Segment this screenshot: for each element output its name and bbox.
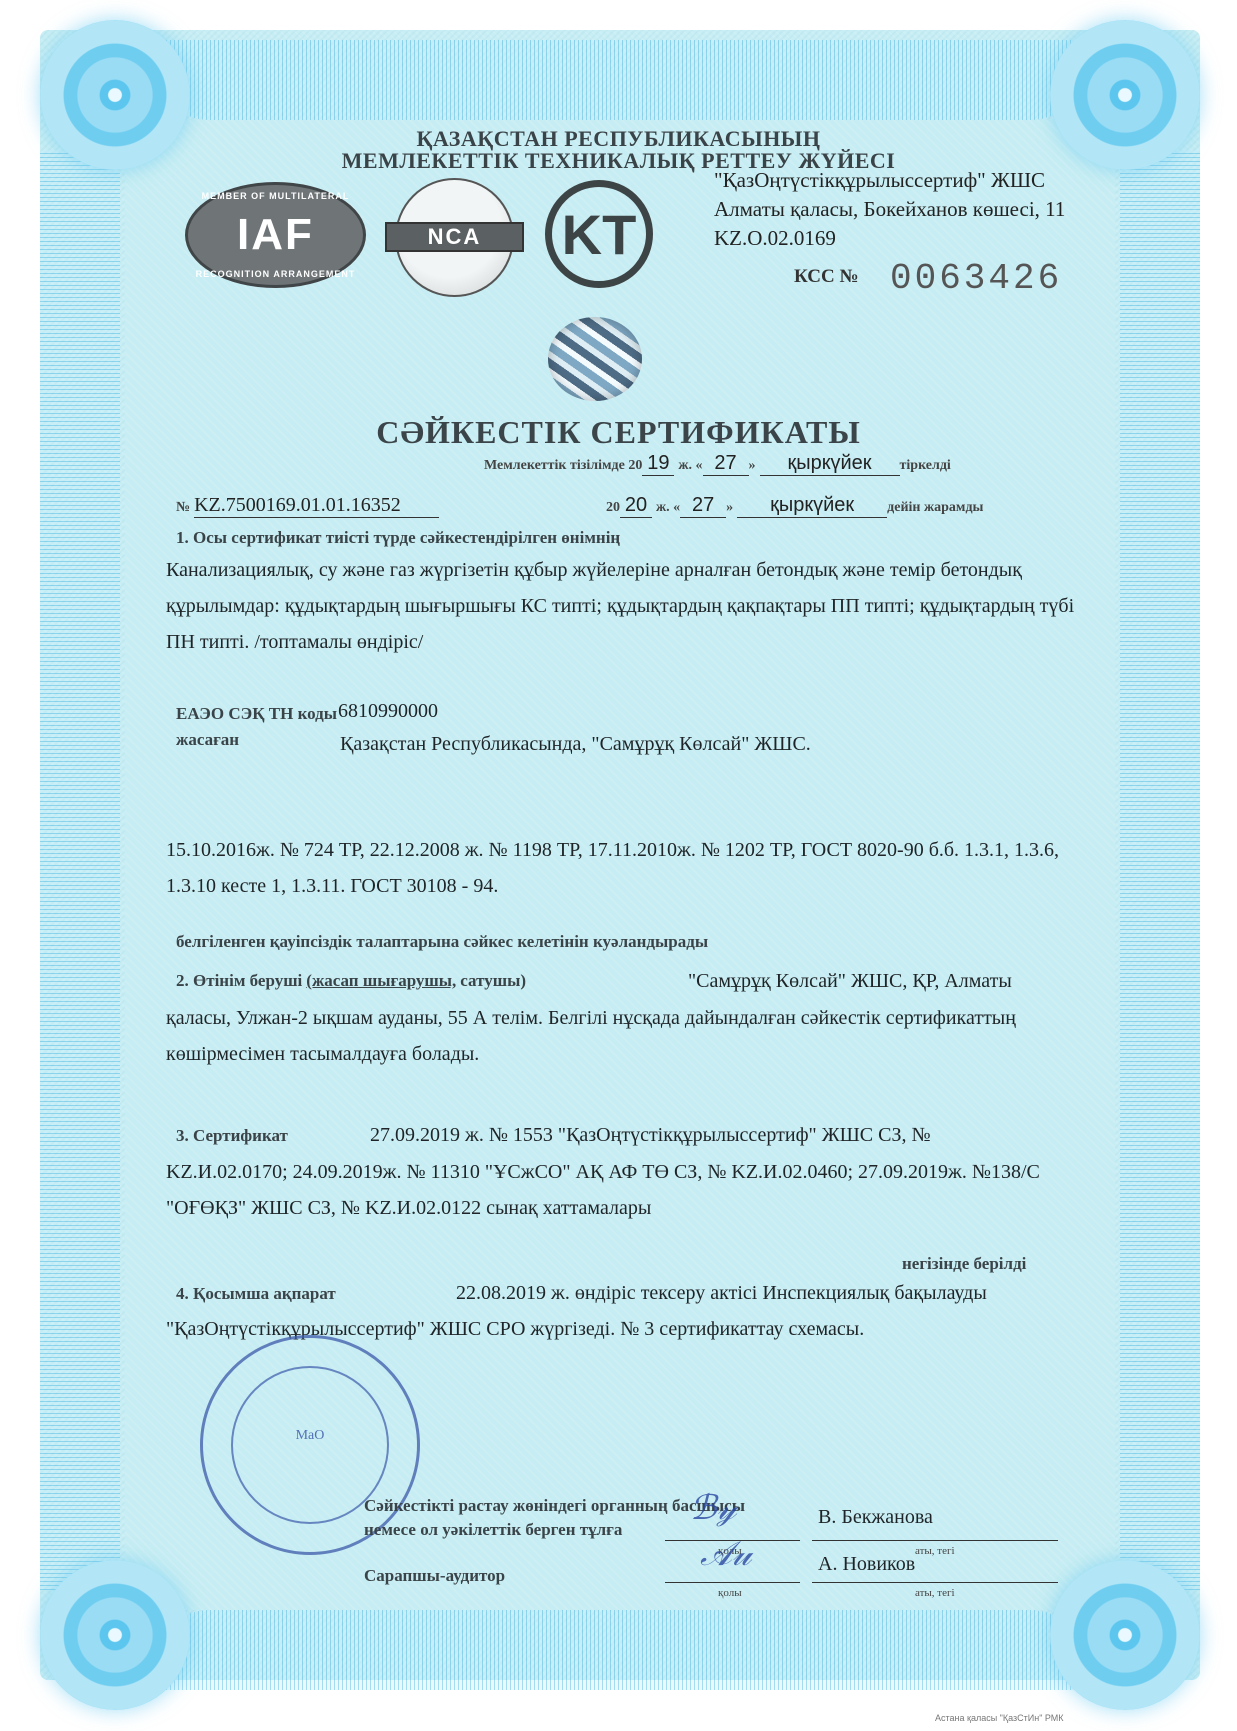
iaf-logo-icon: MEMBER OF MULTILATERAL IAF RECOGNITION A… (185, 182, 366, 288)
validity-year: 20 (620, 494, 652, 518)
kt-conformity-mark-icon: KT (545, 180, 653, 288)
certificate-number-line: № KZ.7500169.01.01.16352 (176, 494, 439, 518)
rosette-ornament-icon (40, 1560, 190, 1710)
registration-prefix: Мемлекеттік тізілімде 20 (484, 458, 642, 473)
issuer-address: Алматы қаласы, Бокейханов көшесі, 11 (714, 197, 1065, 222)
section3-heading: 3. Сертификат (176, 1126, 288, 1146)
iaf-logo-bottom-text: RECOGNITION ARRANGEMENT (196, 269, 356, 279)
validity-month: қыркүйек (737, 494, 887, 518)
certificate-number: KZ.7500169.01.01.16352 (194, 494, 439, 518)
stamp-center-text: МаО (203, 1428, 417, 1444)
validity-day: 27 (680, 494, 726, 518)
head-signatory-label-1: Сәйкестікті растау жөніндегі органның ба… (364, 1496, 745, 1516)
validity-year-sep: ж. « (656, 500, 680, 515)
applicant-name: "Самұрұқ Көлсай" ЖШС, ҚР, Алматы (688, 970, 1012, 993)
registration-day: 27 (703, 452, 749, 476)
guilloche-border-bottom (150, 1610, 1090, 1690)
registration-year-sep: ж. « (678, 458, 702, 473)
section1-product: Канализациялық, су және газ жүргізетін қ… (166, 552, 1096, 660)
conformity-statement: белгіленген қауіпсіздік талаптарына сәйк… (176, 932, 708, 952)
section4-first-line: 22.08.2019 ж. өндіріс тексеру актісі Инс… (456, 1282, 987, 1305)
validity-line: 2020 ж. «27» қыркүйекдейін жарамды (606, 494, 983, 518)
rosette-ornament-icon (1050, 1560, 1200, 1710)
auditor-name: А. Новиков (818, 1553, 915, 1576)
section2-heading: 2. Өтінім беруші (жасап шығарушы, сатушы… (176, 971, 526, 991)
auditor-signature-icon: 𝒜𝓊 (700, 1534, 751, 1574)
standards-list: 15.10.2016ж. № 724 ТР, 22.12.2008 ж. № 1… (166, 832, 1096, 904)
auditor-label: Сарапшы-аудитор (364, 1566, 505, 1586)
registration-year: 19 (642, 452, 674, 476)
section3-details: KZ.И.02.0170; 24.09.2019ж. № 11310 "ҰСжС… (166, 1154, 1096, 1226)
certificate-title: СӘЙКЕСТІК СЕРТИФИКАТЫ (0, 414, 1237, 451)
iaf-logo-text: IAF (237, 210, 314, 260)
nca-logo-text: NCA (385, 222, 524, 252)
printer-imprint: Астана қаласы "ҚазСтИн" РМК (935, 1713, 1064, 1723)
registration-day-sep: » (749, 458, 756, 473)
kcc-label: КСС № (794, 266, 859, 288)
guilloche-border-right (1120, 150, 1200, 1590)
section2-heading-rest: сатушы) (460, 971, 526, 990)
iaf-logo-top-text: MEMBER OF MULTILATERAL (202, 191, 350, 201)
applicant-details: қаласы, Улжан-2 ықшам ауданы, 55 А телім… (166, 1000, 1096, 1072)
guilloche-border-left (40, 150, 120, 1590)
head-signatory-name: В. Бекжанова (818, 1506, 933, 1529)
auditor-signature-line (665, 1582, 800, 1583)
registration-month: қыркүйек (760, 452, 900, 476)
guilloche-border-top (150, 40, 1090, 120)
section2-heading-text: 2. Өтінім беруші (176, 971, 302, 990)
section1-heading: 1. Осы сертификат тиісті түрде сәйкестен… (176, 528, 620, 548)
head-signature-icon: ℬ𝓎 (690, 1488, 736, 1528)
nca-globe-logo-icon: NCA (395, 178, 514, 297)
validity-day-sep: » (726, 500, 733, 515)
section4-heading: 4. Қосымша ақпарат (176, 1284, 336, 1304)
validity-prefix: 20 (606, 500, 620, 515)
auditor-name-line (812, 1582, 1058, 1583)
hs-code-value: 6810990000 (338, 700, 438, 723)
head-name-line (812, 1540, 1058, 1541)
head-signatory-label-2: немесе ол уәкілеттік берген тұлға (364, 1520, 622, 1540)
made-label: жасаған (176, 730, 239, 750)
section4-second-line: "ҚазОңтүстікқұрылыссертиф" ЖШС СРО жүргі… (166, 1318, 864, 1341)
issuer-name: "ҚазОңтүстікқұрылыссертиф" ЖШС (714, 168, 1045, 193)
head-name-caption: аты, тегі (915, 1545, 955, 1557)
made-value: Қазақстан Республикасында, "Самұрұқ Көлс… (340, 733, 811, 756)
registration-line: Мемлекеттік тізілімде 2019 ж. «27» қыркү… (484, 452, 951, 476)
hs-code-label: ЕАЭО СЭҚ ТН коды (176, 704, 337, 724)
issuer-registration: KZ.O.02.0169 (714, 226, 836, 251)
section3-first-line: 27.09.2019 ж. № 1553 "ҚазОңтүстікқұрылыс… (370, 1124, 931, 1147)
validity-suffix: дейін жарамды (887, 500, 983, 515)
auditor-signature-caption: қолы (718, 1587, 742, 1599)
kcc-serial-number: 0063426 (890, 258, 1062, 299)
header-line-2: МЕМЛЕКЕТТІК ТЕХНИКАЛЫҚ РЕТТЕУ ЖҮЙЕСІ (0, 148, 1237, 174)
certificate-number-label: № (176, 500, 190, 515)
section2-heading-underlined: (жасап шығарушы, (306, 971, 456, 990)
auditor-name-caption: аты, тегі (915, 1587, 955, 1599)
hologram-sticker-icon (548, 317, 642, 401)
section3-basis: негізінде берілді (902, 1254, 1026, 1274)
registration-suffix: тіркелді (900, 458, 951, 473)
